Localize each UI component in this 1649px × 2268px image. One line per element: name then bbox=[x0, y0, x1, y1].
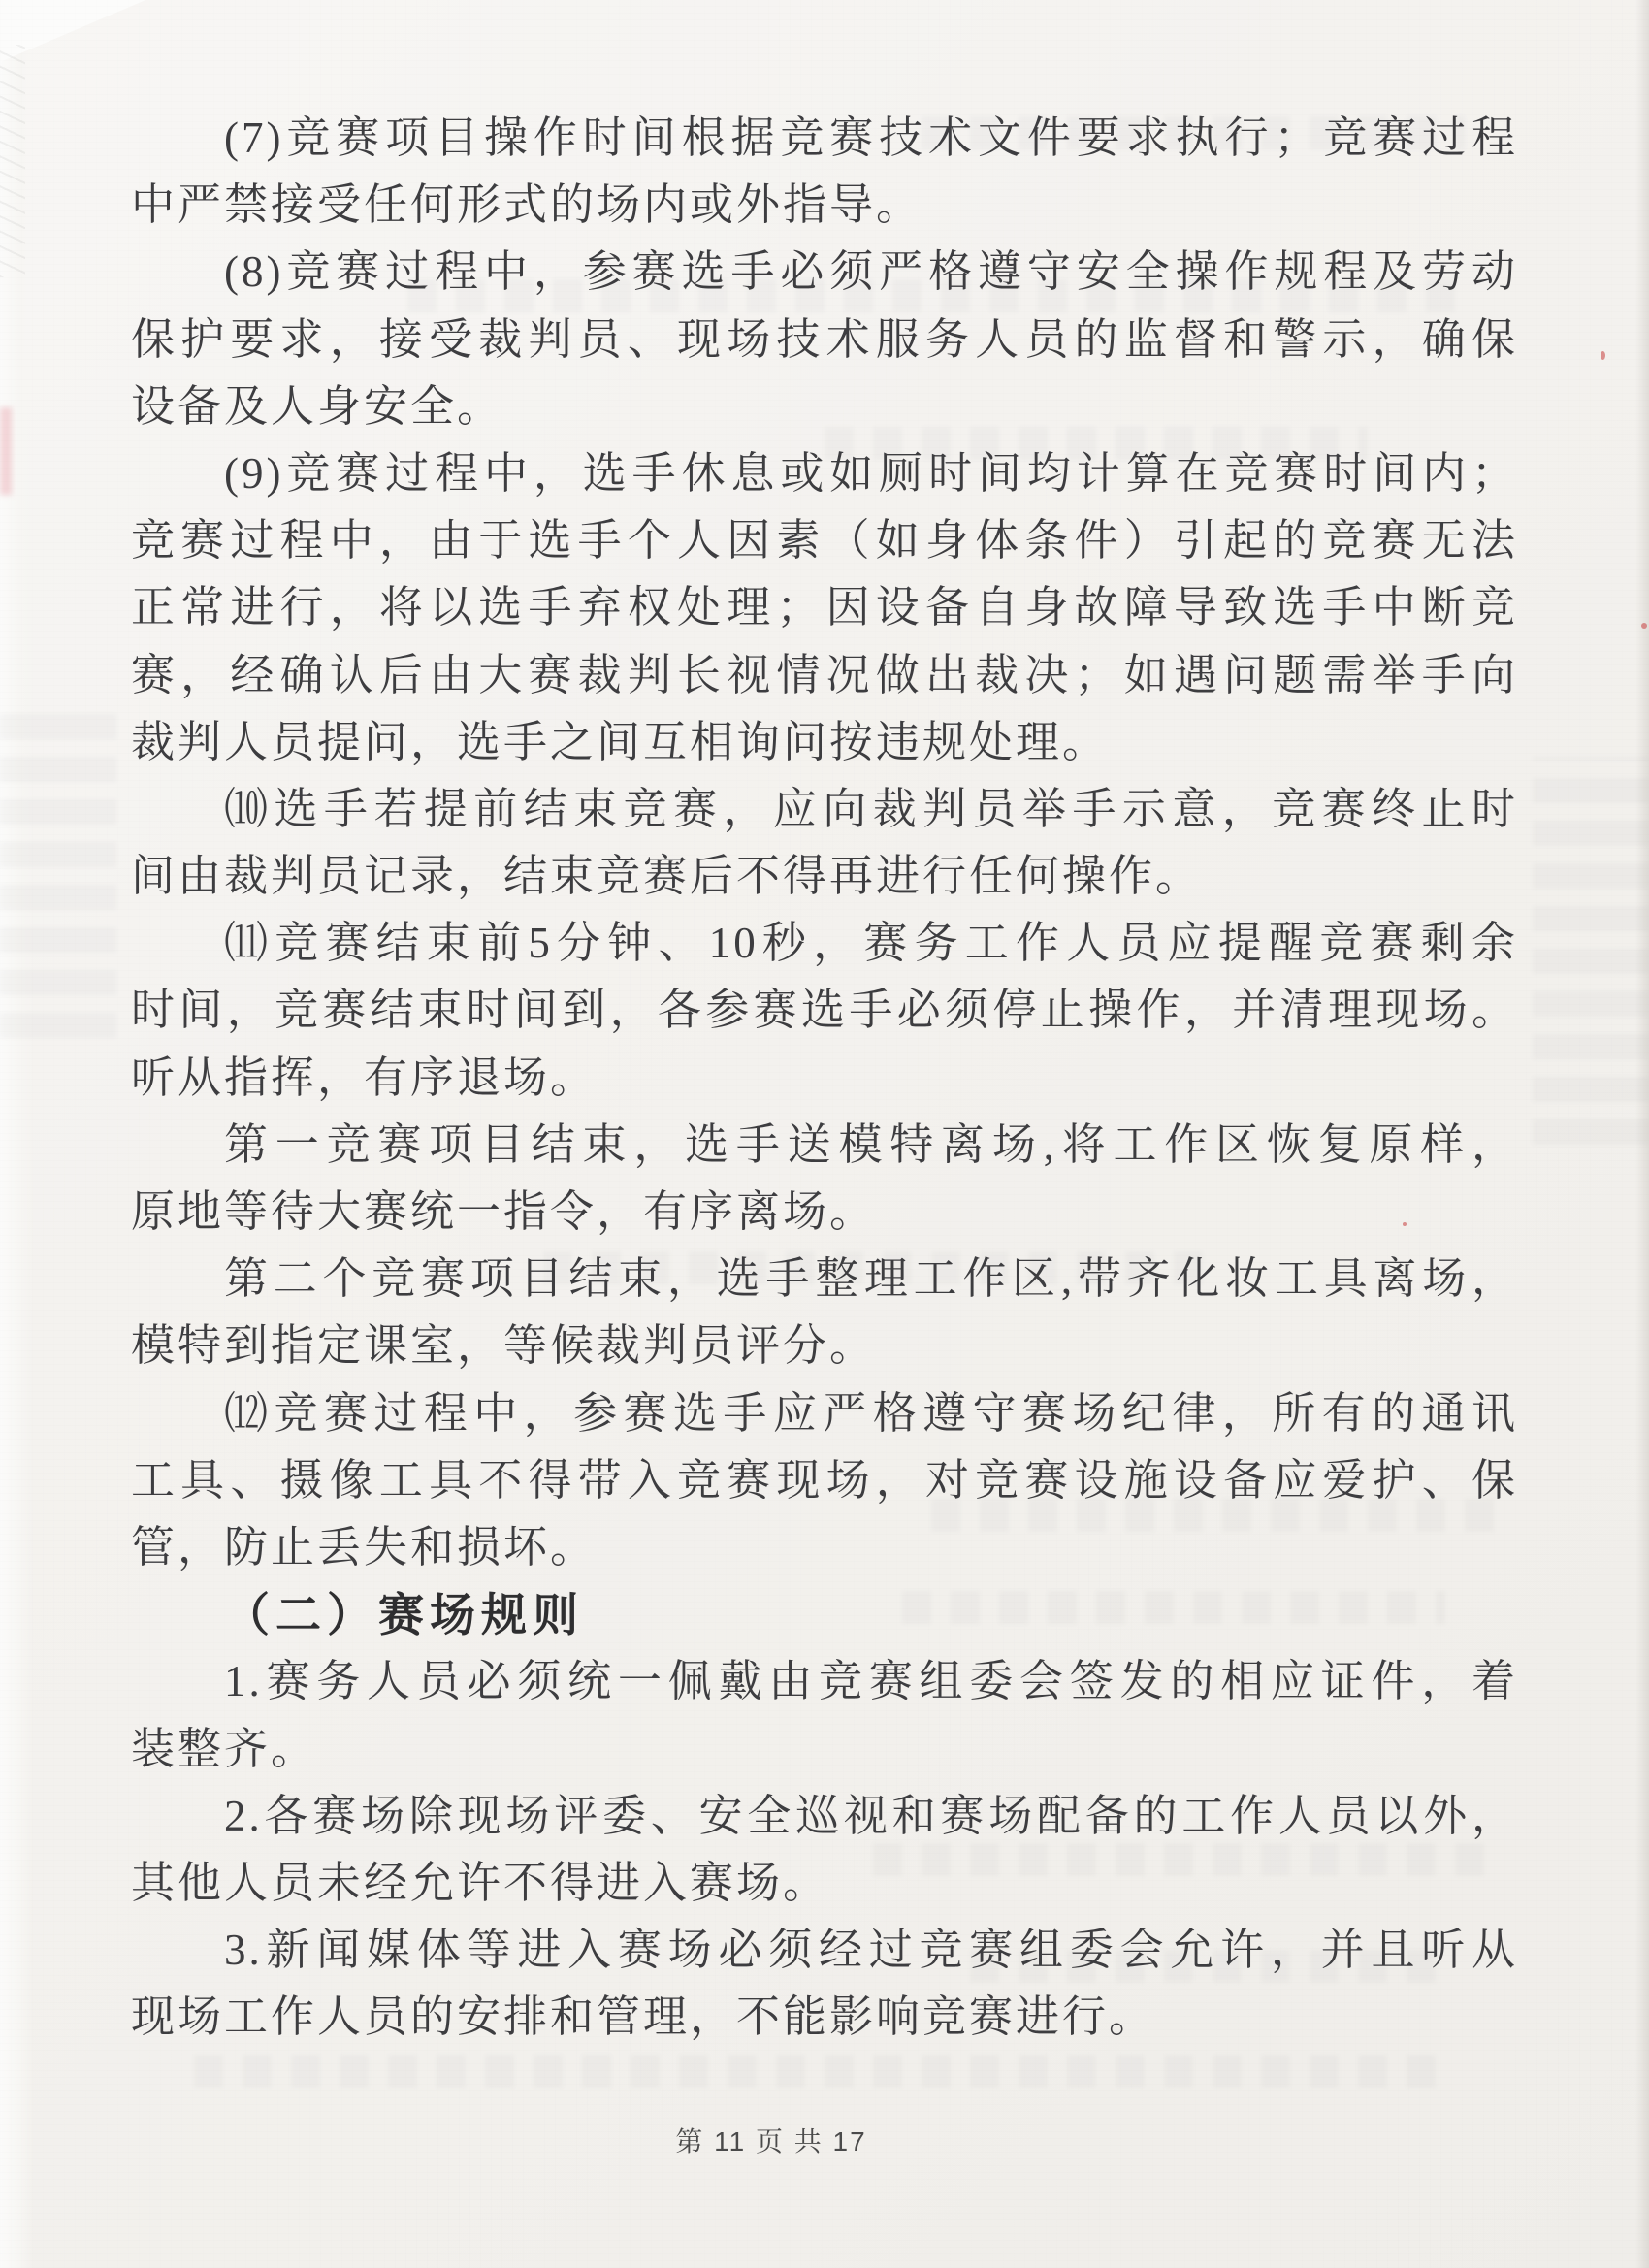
page-number: 第 11 页 共 17 bbox=[675, 2126, 866, 2156]
document-line: ⑽选手若提前结束竞赛，应向裁判员举手示意，竞赛终止时 bbox=[131, 776, 1518, 843]
red-speck bbox=[1600, 351, 1605, 360]
document-line: 时间，竞赛结束时间到，各参赛选手必须停止操作，并清理现场。 bbox=[131, 977, 1518, 1044]
document-line: 间由裁判员记录，结束竞赛后不得再进行任何操作。 bbox=[131, 843, 1518, 910]
document-line: 保护要求，接受裁判员、现场技术服务人员的监督和警示，确保 bbox=[131, 307, 1518, 373]
document-line: 赛，经确认后由大赛裁判长视情况做出裁决；如遇问题需举手向 bbox=[131, 642, 1518, 709]
document-line: 中严禁接受任何形式的场内或外指导。 bbox=[131, 172, 1518, 239]
document-line: 听从指挥，有序退场。 bbox=[131, 1045, 1518, 1112]
document-line: 竞赛过程中，由于选手个人因素（如身体条件）引起的竞赛无法 bbox=[131, 507, 1518, 574]
document-line: 原地等待大赛统一指令，有序离场。 bbox=[131, 1179, 1518, 1246]
document-line: 设备及人身安全。 bbox=[131, 373, 1518, 440]
document-line: 3.新闻媒体等进入赛场必须经过竞赛组委会允许，并且听从 bbox=[131, 1917, 1518, 1984]
bleed-through-smudge bbox=[194, 2055, 1436, 2088]
document-line: ⑾竞赛结束前5分钟、10秒，赛务工作人员应提醒竞赛剩余 bbox=[131, 910, 1518, 977]
document-line: ⑿竞赛过程中，参赛选手应严格遵守赛场纪律，所有的通讯 bbox=[131, 1380, 1518, 1447]
bleed-through-smudge bbox=[1533, 757, 1649, 1145]
document-line: 第二个竞赛项目结束，选手整理工作区,带齐化妆工具离场， bbox=[131, 1246, 1518, 1312]
document-line: 现场工作人员的安排和管理，不能影响竞赛进行。 bbox=[131, 1984, 1518, 2051]
document-line: (8)竞赛过程中，参赛选手必须严格遵守安全操作规程及劳动 bbox=[131, 239, 1518, 306]
document-line: 裁判人员提问，选手之间互相询问按违规处理。 bbox=[131, 709, 1518, 776]
page-footer: 第 11 页 共 17 bbox=[0, 2121, 1649, 2159]
document-line: (9)竞赛过程中，选手休息或如厕时间均计算在竞赛时间内； bbox=[131, 440, 1518, 507]
document-line: 装整齐。 bbox=[131, 1716, 1518, 1783]
document-line: 1.赛务人员必须统一佩戴由竞赛组委会签发的相应证件，着 bbox=[131, 1648, 1518, 1715]
document-line: 2.各赛场除现场评委、安全巡视和赛场配备的工作人员以外， bbox=[131, 1783, 1518, 1850]
document-line: 正常进行，将以选手弃权处理；因设备自身故障导致选手中断竞 bbox=[131, 574, 1518, 641]
scan-streaks bbox=[0, 45, 25, 277]
ink-smudge bbox=[0, 407, 12, 495]
document-line: 第一竞赛项目结束，选手送模特离场,将工作区恢复原样， bbox=[131, 1112, 1518, 1179]
section-heading: （二）赛场规则 bbox=[131, 1581, 1518, 1648]
document-line: 其他人员未经允许不得进入赛场。 bbox=[131, 1850, 1518, 1917]
red-speck bbox=[1641, 623, 1647, 629]
document-line: 管，防止丢失和损坏。 bbox=[131, 1514, 1518, 1581]
scan-edge-left bbox=[0, 0, 33, 2268]
document-line: 工具、摄像工具不得带入竞赛现场，对竞赛设施设备应爱护、保 bbox=[131, 1447, 1518, 1514]
scanned-document-page: (7)竞赛项目操作时间根据竞赛技术文件要求执行；竞赛过程中严禁接受任何形式的场内… bbox=[0, 0, 1649, 2268]
scan-edge-right bbox=[1635, 0, 1649, 2268]
document-body: (7)竞赛项目操作时间根据竞赛技术文件要求执行；竞赛过程中严禁接受任何形式的场内… bbox=[131, 105, 1518, 2051]
document-line: (7)竞赛项目操作时间根据竞赛技术文件要求执行；竞赛过程 bbox=[131, 105, 1518, 172]
document-line: 模特到指定课室，等候裁判员评分。 bbox=[131, 1312, 1518, 1379]
